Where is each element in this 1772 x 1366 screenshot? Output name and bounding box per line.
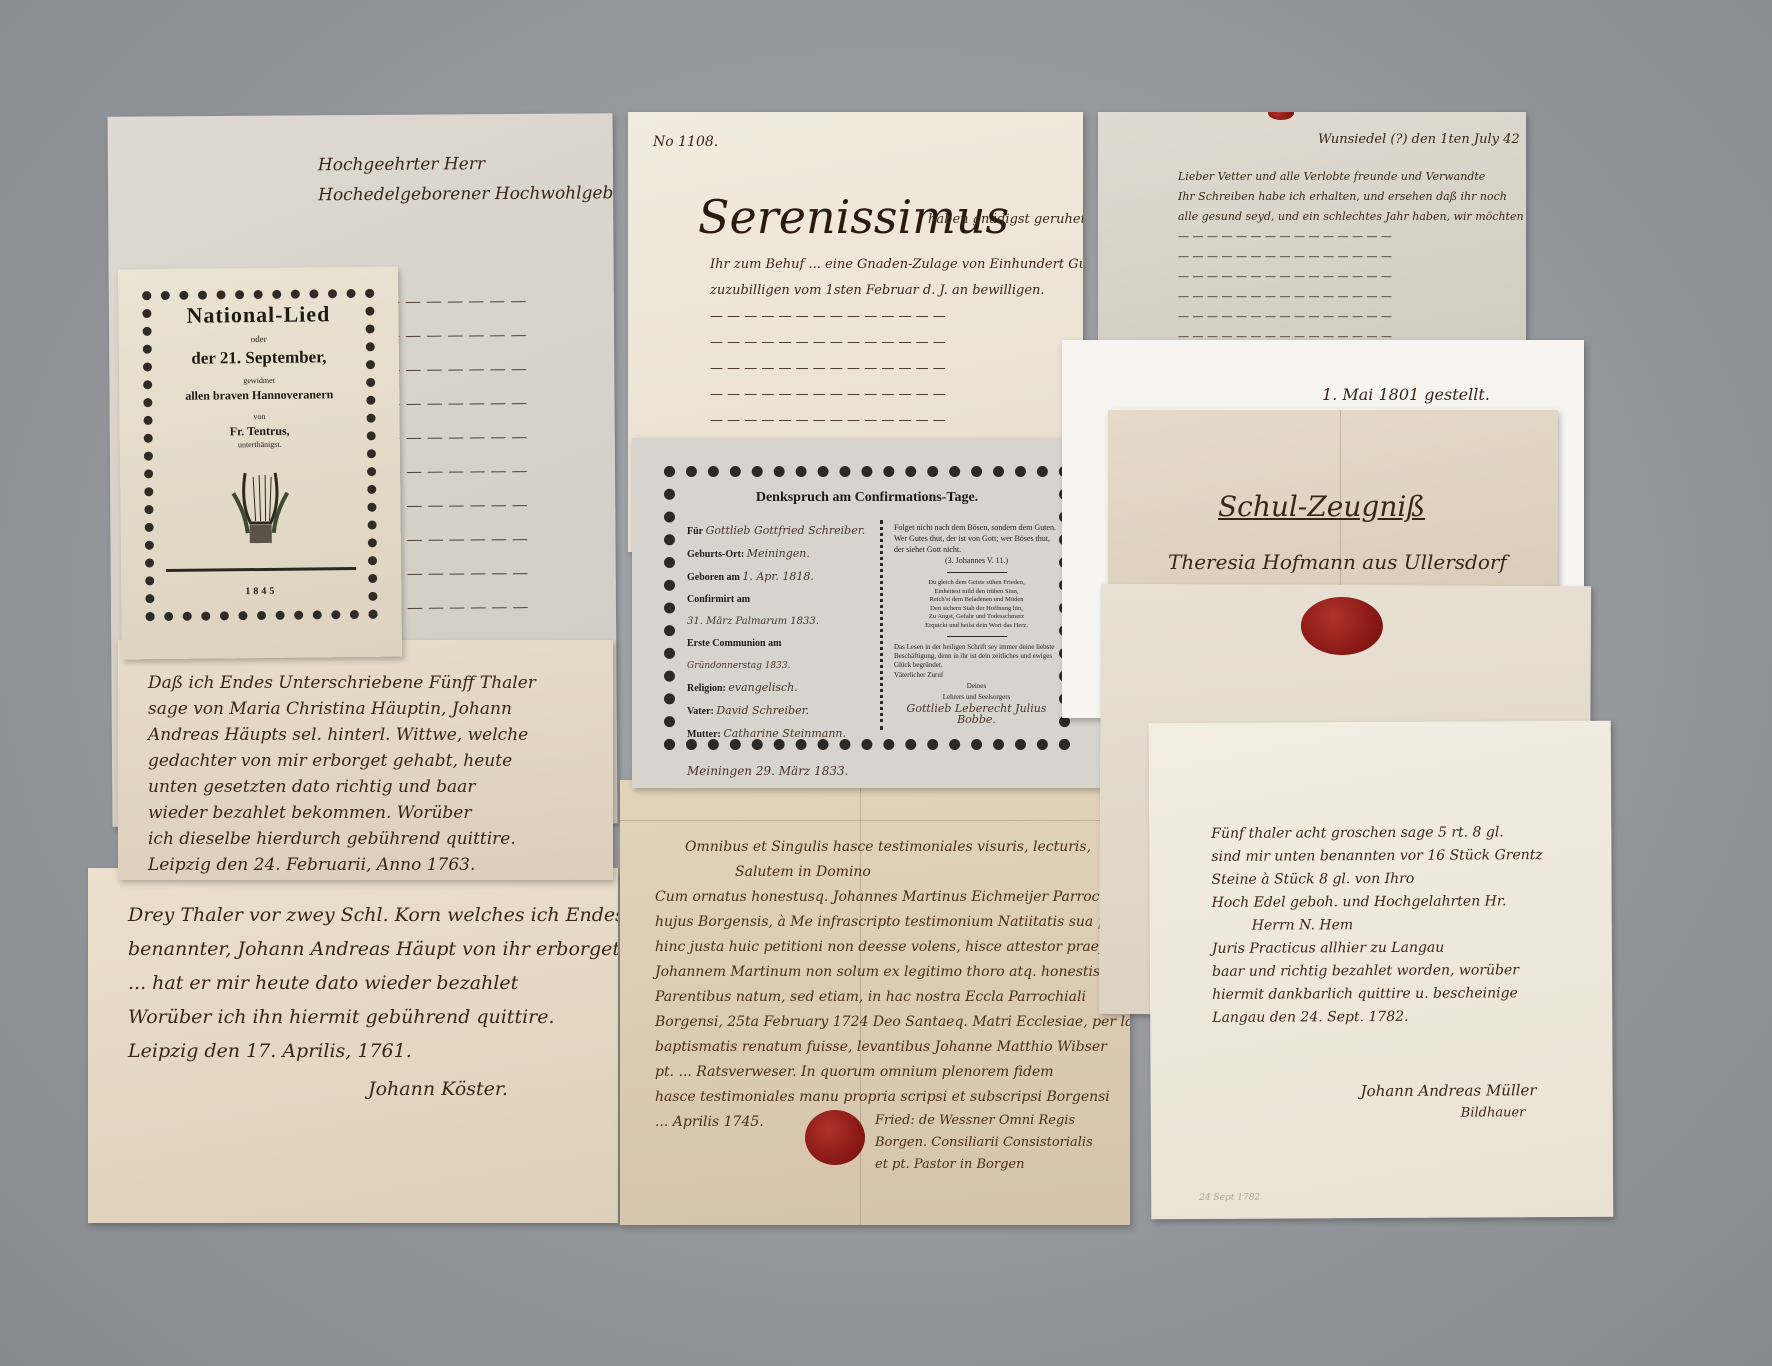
receipt-line: Leipzig den 17. Aprilis, 1761. [128, 1034, 618, 1068]
decree-line: zuzubilligen vom 1sten Februar d. J. an … [710, 278, 1083, 304]
receipt-line: Daß ich Endes Unterschriebene Fünff Thal… [148, 670, 536, 696]
latin-line: pt. ... Ratsverweser. In quorum omnium p… [655, 1060, 1130, 1085]
letter-top-right: Wunsiedel (?) den 1ten July 42 Lieber Ve… [1098, 112, 1526, 352]
column-divider [880, 520, 887, 730]
certificate-field-confirmed: Confirmirt am 31. März Palmarum 1833. [687, 589, 877, 633]
certificate-closing: Das Lesen in der heiligen Schrift sey im… [894, 643, 1059, 670]
schulzeugnis-heading: Schul-Zeugniß [1218, 490, 1425, 523]
certificate-verse: Folget nicht nach dem Bösen, sondern dem… [894, 522, 1059, 555]
receipt-line: ich dieselbe hierdurch gebührend quittir… [148, 826, 536, 852]
white-sheet-text: 1. Mai 1801 gestellt. [1322, 385, 1490, 404]
receipt-line: Langau den 24. Sept. 1782. [1212, 1005, 1543, 1030]
letter-line: Hochgeehrter Herr [318, 148, 618, 180]
certificate-field-fuer: Für Gottlieb Gottfried Schreiber. [687, 520, 877, 543]
latin-line: Parentibus natum, sed etiam, in hac nost… [655, 985, 1130, 1010]
poem-line: Reich'st dem Beladenen und Müden [894, 596, 1059, 605]
national-lied-pamphlet: National-Lied oder der 21. September, ge… [118, 267, 402, 660]
receipt-line: sage von Maria Christina Häuptin, Johann [148, 696, 536, 722]
receipt-line: ... hat er mir heute dato wieder bezahle… [128, 966, 618, 1000]
receipt-line: wieder bezahlet bekommen. Worüber [148, 800, 536, 826]
latin-signature-line: et pt. Pastor in Borgen [875, 1154, 1093, 1176]
receipt-line: Andreas Häupts sel. hinterl. Wittwe, wel… [148, 722, 536, 748]
confirmation-certificate: Denkspruch am Confirmations-Tage. Für Go… [632, 438, 1102, 788]
poem-line: Einheitest mild den trüben Sinn, [894, 588, 1059, 597]
latin-line: hinc justa huic petitioni non deesse vol… [655, 935, 1130, 960]
certificate-field-father: Vater: David Schreiber. [687, 700, 877, 723]
latin-signature-line: Fried: de Wessner Omni Regis [875, 1110, 1093, 1132]
poem-line: Den sichern Stab der Hoffnung hin, [894, 605, 1059, 614]
receipt-signature-title: Bildhauer [1461, 1105, 1526, 1120]
lyre-wreath-icon [225, 463, 296, 549]
certificate-field-birthdate: Geboren am 1. Apr. 1818. [687, 566, 877, 589]
letter-line: alle gesund seyd, und ein schlechtes Jah… [1178, 207, 1524, 227]
latin-line: Cum ornatus honestusq. Johannes Martinus… [655, 885, 1130, 910]
latin-signature-line: Borgen. Consiliarii Consistorialis [875, 1132, 1093, 1154]
poem-line: Erquickt und heilst dein Wort das Herz. [894, 622, 1059, 631]
receipt-line: sind mir unten benannten vor 16 Stück Gr… [1211, 844, 1542, 869]
receipt-line: unten gesetzten dato richtig und baar [148, 774, 536, 800]
receipt-signature: Johann Andreas Müller [1361, 1081, 1537, 1100]
latin-line: Salutem in Domino [655, 860, 1130, 885]
certificate-verse-ref: (3. Johannes V. 11.) [894, 555, 1059, 566]
receipt-line: Herrn N. Hem [1212, 913, 1543, 938]
poem-line: Du gleich dem Geiste sühen Frieden, [894, 579, 1059, 588]
decree-line: Ihr zum Behuf ... eine Gnaden-Zulage von… [710, 252, 1083, 278]
latin-line: Johannem Martinum non solum ex legitimo … [655, 960, 1130, 985]
receipt-line: benannter, Johann Andreas Häupt von ihr … [128, 932, 618, 966]
receipt-line: gedachter von mir erborget gehabt, heute [148, 748, 536, 774]
decree-number: No 1108. [653, 134, 718, 150]
receipt-line: Fünf thaler acht groschen sage 5 rt. 8 g… [1211, 821, 1542, 846]
letter-heading: Wunsiedel (?) den 1ten July 42 [1318, 132, 1520, 147]
receipt-1763: Daß ich Endes Unterschriebene Fünff Thal… [118, 640, 613, 880]
receipt-line: Worüber ich ihn hiermit gebührend quitti… [128, 1000, 618, 1034]
receipt-line: hiermit dankbarlich quittire u. beschein… [1212, 982, 1543, 1007]
latin-line: Borgensi, 25ta February 1724 Deo Santaeq… [655, 1010, 1130, 1035]
receipt-line: Drey Thaler vor zwey Schl. Korn welches … [128, 898, 618, 932]
certificate-place-date: Meiningen 29. März 1833. [687, 760, 877, 782]
poem-line: Zu Angst, Gefahr und Todesschmerz [894, 613, 1059, 622]
receipt-line: Leipzig den 24. Februarii, Anno 1763. [148, 852, 536, 878]
letter-line: Ihr Schreiben habe ich erhalten, und ers… [1178, 187, 1524, 207]
receipt-signature: Johann Köster. [368, 1078, 508, 1100]
latin-baptism-certificate: Omnibus et Singulis hasce testimoniales … [620, 780, 1130, 1225]
decree-line: haben gnädigst geruhet, [928, 212, 1083, 227]
latin-line: Omnibus et Singulis hasce testimoniales … [655, 835, 1130, 860]
red-wax-seal-icon [1301, 597, 1383, 655]
receipt-line: baar und richtig bezahlet worden, worübe… [1212, 959, 1543, 984]
latin-line: hujus Borgensis, à Me infrascripto testi… [655, 910, 1130, 935]
pamphlet-dedication: allen braven Hannoveranern [119, 387, 399, 405]
receipt-line: Hoch Edel geboh. und Hochgelahrten Hr. [1212, 890, 1543, 915]
certificate-field-communion: Erste Communion am Gründonnerstag 1833. [687, 633, 877, 677]
pamphlet-subtitle: der 21. September, [119, 347, 399, 370]
certificate-signature: Gottlieb Leberecht Julius Bobbe. [894, 703, 1059, 725]
receipt-1782: Fünf thaler acht groschen sage 5 rt. 8 g… [1149, 721, 1614, 1219]
certificate-title: Denkspruch am Confirmations-Tage. [632, 490, 1102, 506]
certificate-field-birthplace: Geburts-Ort: Meiningen. [687, 543, 877, 566]
receipt-margin-note: 24 Sept 1782 [1199, 1193, 1260, 1203]
latin-line: hasce testimoniales manu propria scripsi… [655, 1085, 1130, 1110]
receipt-line: Steine à Stück 8 gl. von Ihro [1211, 867, 1542, 892]
certificate-sig-label: Deines [894, 681, 1059, 692]
pamphlet-title: National-Lied [118, 301, 398, 330]
certificate-closing-note: Väterlicher Zuruf [894, 670, 1059, 681]
certificate-field-mother: Mutter: Catharine Steinmann. [687, 723, 877, 746]
letter-line: Lieber Vetter und alle Verlobte freunde … [1178, 167, 1524, 187]
certificate-field-religion: Religion: evangelisch. [687, 677, 877, 700]
receipt-line: Juris Practicus allhier zu Langau [1212, 936, 1543, 961]
receipt-1761: Drey Thaler vor zwey Schl. Korn welches … [88, 868, 618, 1223]
red-wax-seal-icon [1268, 112, 1294, 120]
red-wax-seal-icon [805, 1110, 865, 1165]
letter-line: Hochedelgeborener Hochwohlgeb. Titel [318, 178, 617, 210]
schulzeugnis-name: Theresia Hofmann aus Ullersdorf [1168, 550, 1507, 574]
pamphlet-author: Fr. Tentrus, [120, 423, 400, 441]
latin-line: baptismatis renatum fuisse, levantibus J… [655, 1035, 1130, 1060]
